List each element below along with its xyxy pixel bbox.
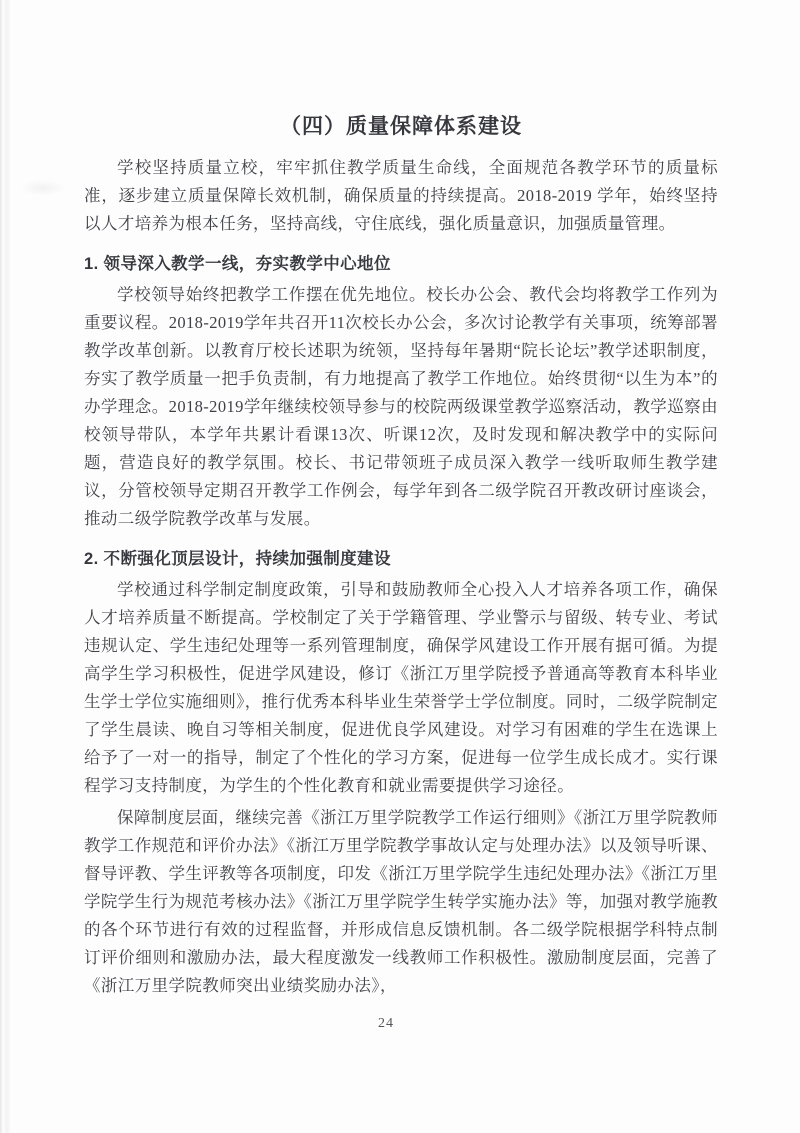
section-2-paragraph-1: 学校通过科学制定制度政策，引导和鼓励教师全心投入人才培养各项工作，确保人才培养质… (84, 576, 718, 800)
document-page: （四）质量保障体系建设 学校坚持质量立校，牢牢抓住教学质量生命线，全面规范各教学… (84, 0, 718, 1000)
scan-edge-artifact (0, 0, 14, 1133)
section-1-heading: 1. 领导深入教学一线，夯实教学中心地位 (84, 250, 718, 278)
section-2-paragraph-2: 保障制度层面，继续完善《浙江万里学院教学工作运行细则》《浙江万里学院教师教学工作… (84, 804, 718, 1000)
section-2-heading: 2. 不断强化顶层设计，持续加强制度建设 (84, 545, 718, 573)
page-title: （四）质量保障体系建设 (84, 112, 718, 142)
intro-paragraph: 学校坚持质量立校，牢牢抓住教学质量生命线，全面规范各教学环节的质量标准，逐步建立… (84, 154, 718, 238)
page-number: 24 (0, 1016, 786, 1032)
section-1-paragraph: 学校领导始终把教学工作摆在优先地位。校长办公会、教代会均将教学工作列为重要议程。… (84, 281, 718, 533)
scan-smudge-artifact (20, 180, 66, 196)
